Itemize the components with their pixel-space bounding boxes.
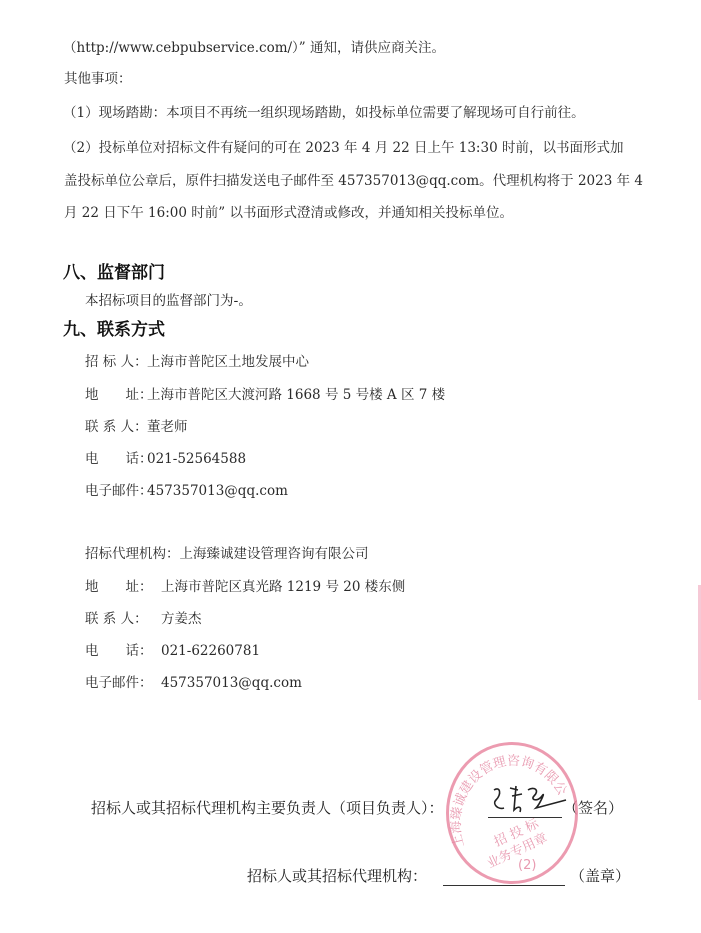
tenderer-email: 457357013@qq.com xyxy=(147,483,288,499)
seal-underline xyxy=(443,885,565,886)
tenderer-contact-label: 联 系 人： xyxy=(85,418,147,436)
agent-address-row: 地 址：上海市普陀区真光路 1219 号 20 楼东侧 xyxy=(85,578,405,596)
seal-number: (2) xyxy=(518,858,536,873)
tenderer-phone-row: 电 话：021-52564588 xyxy=(85,450,246,468)
seal-suffix: （盖章） xyxy=(570,865,630,887)
tenderer-name: 上海市普陀区土地发展中心 xyxy=(147,354,309,370)
agent-email-label: 电子邮件： xyxy=(85,674,161,692)
tenderer-contact-row: 联 系 人：董老师 xyxy=(85,418,188,436)
other-items-title: 其他事项： xyxy=(64,70,132,88)
agent-email: 457357013@qq.com xyxy=(161,675,302,691)
agent-phone-label: 电 话： xyxy=(85,642,161,660)
agent-address-label: 地 址： xyxy=(85,578,161,596)
item-2-line-1: （2）投标单位对招标文件有疑问的可在 2023 年 4 月 22 日上午 13:… xyxy=(63,139,623,157)
item-1-site-visit: （1）现场踏勘：本项目不再统一组织现场踏勘，如投标单位需要了解现场可自行前往。 xyxy=(63,104,585,122)
organization-seal-label: 招标人或其招标代理机构： xyxy=(247,865,427,887)
partial-seal-edge xyxy=(684,585,701,700)
tenderer-phone-label: 电 话： xyxy=(85,450,147,468)
agent-contact: 方姜杰 xyxy=(161,611,202,627)
tenderer-contact: 董老师 xyxy=(147,419,188,435)
tenderer-name-row: 招 标 人：上海市普陀区土地发展中心 xyxy=(85,353,309,371)
section-9-heading: 九、联系方式 xyxy=(63,319,165,341)
tenderer-name-label: 招 标 人： xyxy=(85,353,147,371)
section-8-heading: 八、监督部门 xyxy=(63,262,165,284)
agent-phone-row: 电 话：021-62260781 xyxy=(85,642,260,660)
item-2-line-2: 盖投标单位公章后，原件扫描发送电子邮件至 457357013@qq.com。代理… xyxy=(64,172,643,190)
tenderer-address: 上海市普陀区大渡河路 1668 号 5 号楼 A 区 7 楼 xyxy=(147,387,445,403)
notice-url-line: （http://www.cebpubservice.com/）” 通知，请供应商… xyxy=(63,39,445,57)
tenderer-email-row: 电子邮件：457357013@qq.com xyxy=(85,482,288,500)
agent-name-label: 招标代理机构： xyxy=(85,546,180,562)
responsible-person-label: 招标人或其招标代理机构主要负责人（项目负责人）： xyxy=(91,797,444,819)
agent-name: 上海臻诚建设管理咨询有限公司 xyxy=(180,546,369,562)
agent-contact-row: 联 系 人：方姜杰 xyxy=(85,610,202,628)
agent-email-row: 电子邮件：457357013@qq.com xyxy=(85,674,302,692)
tenderer-phone: 021-52564588 xyxy=(147,451,246,467)
agent-phone: 021-62260781 xyxy=(161,643,260,659)
item-2-line-3: 月 22 日下午 16:00 时前” 以书面形式澄清或修改，并通知相关投标单位。 xyxy=(64,204,513,222)
seal-arc-text-icon: 上海臻诚建设管理咨询有限公司 xyxy=(446,742,578,884)
section-8-body: 本招标项目的监督部门为-。 xyxy=(85,292,252,310)
tenderer-email-label: 电子邮件： xyxy=(85,482,147,500)
tenderer-address-label: 地 址： xyxy=(85,386,147,404)
agent-contact-label: 联 系 人： xyxy=(85,610,161,628)
official-seal-arc-text: 上海臻诚建设管理咨询有限公司 xyxy=(446,742,578,884)
agent-name-row: 招标代理机构：上海臻诚建设管理咨询有限公司 xyxy=(85,545,369,563)
tenderer-address-row: 地 址：上海市普陀区大渡河路 1668 号 5 号楼 A 区 7 楼 xyxy=(85,386,445,404)
agent-address: 上海市普陀区真光路 1219 号 20 楼东侧 xyxy=(161,579,405,595)
